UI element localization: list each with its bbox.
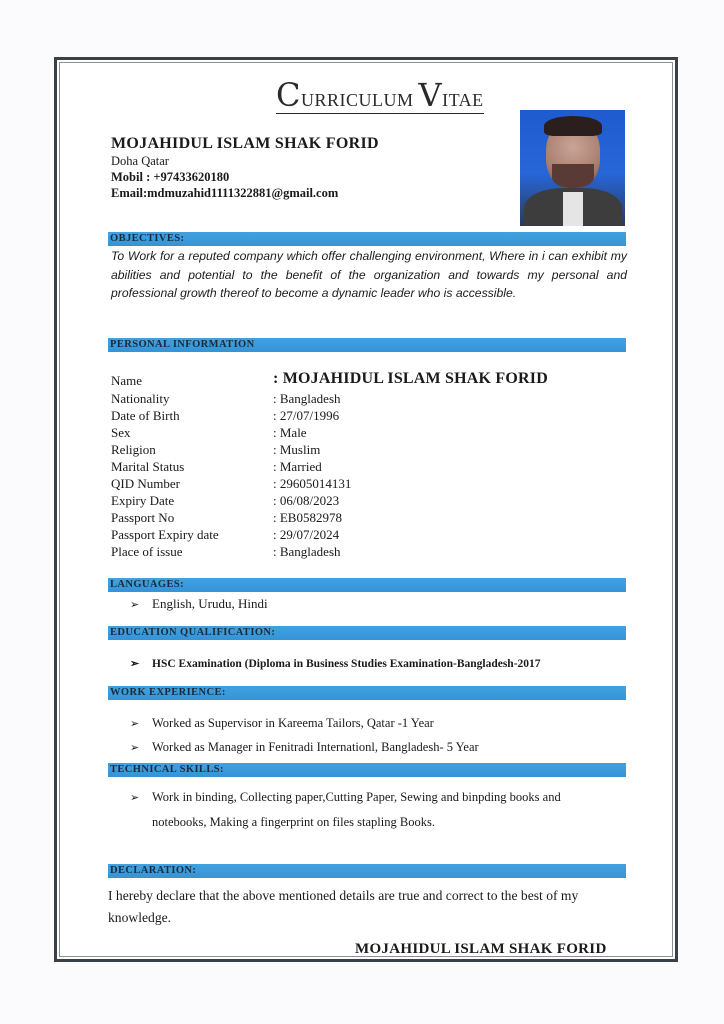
language-text: English, Urudu, Hindi <box>152 596 268 611</box>
personal-info-label: Name <box>111 373 271 389</box>
personal-info-value: : 06/08/2023 <box>273 493 339 509</box>
arrow-bullet-icon: ➢ <box>130 716 152 732</box>
personal-info-value: : 27/07/1996 <box>273 408 339 424</box>
list-item-language: ➢English, Urudu, Hindi <box>130 596 268 613</box>
personal-info-value: : Bangladesh <box>273 391 341 407</box>
skill-text-line-1: Work in binding, Collecting paper,Cuttin… <box>152 790 561 804</box>
arrow-bullet-icon: ➢ <box>130 790 152 806</box>
section-bar-education: EDUCATION QUALIFICATION: <box>108 626 626 640</box>
personal-info-label: Marital Status <box>111 459 271 475</box>
personal-info-value: : EB0582978 <box>273 510 342 526</box>
section-bar-languages: LANGUAGES: <box>108 578 626 592</box>
skill-text-line-2: notebooks, Making a fingerprint on files… <box>152 814 435 830</box>
section-bar-personal-information: PERSONAL INFORMATION <box>108 338 626 352</box>
applicant-photo <box>520 110 625 226</box>
personal-info-value: : MOJAHIDUL ISLAM SHAK FORID <box>273 371 548 387</box>
section-title: WORK EXPERIENCE: <box>110 686 226 700</box>
applicant-name: MOJAHIDUL ISLAM SHAK FORID <box>111 135 379 153</box>
personal-info-label: Nationality <box>111 391 271 407</box>
personal-info-label: Sex <box>111 425 271 441</box>
personal-info-value: : Male <box>273 425 307 441</box>
work-text: Worked as Supervisor in Kareema Tailors,… <box>152 716 434 730</box>
personal-info-value: : Muslim <box>273 442 320 458</box>
personal-info-label: Place of issue <box>111 544 271 560</box>
title-word-1: URRICULUM <box>301 90 419 110</box>
title-initial-c: C <box>276 76 301 114</box>
arrow-bullet-icon: ➢ <box>130 740 152 756</box>
signature-name: MOJAHIDUL ISLAM SHAK FORID <box>355 941 607 958</box>
section-title: OBJECTIVES: <box>110 232 184 246</box>
section-title: PERSONAL INFORMATION <box>110 338 255 352</box>
list-item-education: ➢HSC Examination (Diploma in Business St… <box>130 656 541 672</box>
section-title: TECHNICAL SKILLS: <box>110 763 224 777</box>
section-bar-objectives: OBJECTIVES: <box>108 232 626 246</box>
objective-text: To Work for a reputed company which offe… <box>111 247 627 303</box>
section-bar-technical-skills: TECHNICAL SKILLS: <box>108 763 626 777</box>
list-item-skill: ➢Work in binding, Collecting paper,Cutti… <box>130 789 561 806</box>
section-bar-work-experience: WORK EXPERIENCE: <box>108 686 626 700</box>
title-word-2: ITAE <box>442 90 484 110</box>
arrow-bullet-icon: ➢ <box>130 656 152 672</box>
personal-info-label: Religion <box>111 442 271 458</box>
personal-info-label: Passport No <box>111 510 271 526</box>
declaration-text: I hereby declare that the above mentione… <box>108 885 628 929</box>
section-title: DECLARATION: <box>110 864 196 878</box>
personal-info-value: : Bangladesh <box>273 544 341 560</box>
education-text: HSC Examination (Diploma in Business Stu… <box>152 658 541 670</box>
document-title: CURRICULUM VITAE <box>276 82 484 114</box>
list-item-work: ➢Worked as Supervisor in Kareema Tailors… <box>130 715 434 732</box>
applicant-mobile: Mobil : +97433620180 <box>111 169 229 185</box>
title-initial-v: V <box>419 76 443 114</box>
list-item-work: ➢Worked as Manager in Fenitradi Internat… <box>130 739 479 756</box>
personal-info-label: Expiry Date <box>111 493 271 509</box>
personal-info-value: : Married <box>273 459 322 475</box>
personal-info-value: : 29605014131 <box>273 476 351 492</box>
personal-info-label: Passport Expiry date <box>111 527 271 543</box>
work-text: Worked as Manager in Fenitradi Internati… <box>152 740 479 754</box>
section-title: EDUCATION QUALIFICATION: <box>110 626 275 640</box>
personal-info-label: Date of Birth <box>111 408 271 424</box>
applicant-location: Doha Qatar <box>111 153 169 169</box>
applicant-email: Email:mdmuzahid1111322881@gmail.com <box>111 185 338 201</box>
section-bar-declaration: DECLARATION: <box>108 864 626 878</box>
personal-info-label: QID Number <box>111 476 271 492</box>
personal-info-value: : 29/07/2024 <box>273 527 339 543</box>
arrow-bullet-icon: ➢ <box>130 597 152 613</box>
section-title: LANGUAGES: <box>110 578 184 592</box>
